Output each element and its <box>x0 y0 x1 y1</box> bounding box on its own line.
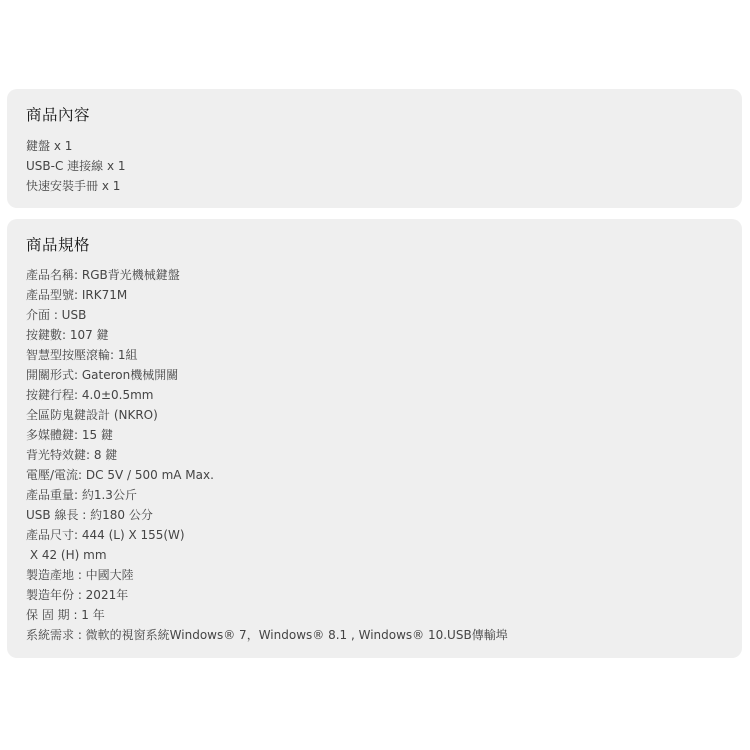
product-specs-title: 商品規格 <box>26 233 90 255</box>
list-item: USB-C 連接線 x 1 <box>26 156 126 176</box>
spec-item-weight: 產品重量: 約1.3公斤 <box>26 485 508 505</box>
spec-item-power: 電壓/電流: DC 5V / 500 mA Max. <box>26 465 508 485</box>
list-item: 快速安裝手冊 x 1 <box>26 176 126 196</box>
spec-item-key-count: 按鍵數: 107 鍵 <box>26 325 508 345</box>
spec-item-backlight-keys: 背光特效鍵: 8 鍵 <box>26 445 508 465</box>
spec-item-nkro: 全區防鬼鍵設計 (NKRO) <box>26 405 508 425</box>
spec-item-year: 製造年份 : 2021年 <box>26 585 508 605</box>
spec-item-dimensions: 產品尺寸: 444 (L) X 155(W) <box>26 525 508 545</box>
spec-item-interface: 介面 : USB <box>26 305 508 325</box>
product-specs-panel: 商品規格 產品名稱: RGB背光機械鍵盤 產品型號: IRK71M 介面 : U… <box>7 219 742 658</box>
spec-item-warranty: 保 固 期 : 1 年 <box>26 605 508 625</box>
product-specs-list: 產品名稱: RGB背光機械鍵盤 產品型號: IRK71M 介面 : USB 按鍵… <box>26 265 508 645</box>
spec-item-cable-length: USB 線長 : 約180 公分 <box>26 505 508 525</box>
spec-item-product-name: 產品名稱: RGB背光機械鍵盤 <box>26 265 508 285</box>
package-contents-title: 商品內容 <box>26 103 90 125</box>
spec-item-system-requirements: 系統需求 : 微軟的視窗系統Windows® 7，Windows® 8.1 , … <box>26 625 508 645</box>
spec-item-smart-wheel: 智慧型按壓滾輪: 1組 <box>26 345 508 365</box>
package-contents-list: 鍵盤 x 1 USB-C 連接線 x 1 快速安裝手冊 x 1 <box>26 136 126 196</box>
spec-item-switch-type: 開關形式: Gateron機械開關 <box>26 365 508 385</box>
list-item: 鍵盤 x 1 <box>26 136 126 156</box>
spec-item-key-travel: 按鍵行程: 4.0±0.5mm <box>26 385 508 405</box>
spec-item-dimensions-cont: X 42 (H) mm <box>26 545 508 565</box>
spec-item-model: 產品型號: IRK71M <box>26 285 508 305</box>
spec-item-media-keys: 多媒體鍵: 15 鍵 <box>26 425 508 445</box>
spec-item-origin: 製造產地 : 中國大陸 <box>26 565 508 585</box>
package-contents-panel: 商品內容 鍵盤 x 1 USB-C 連接線 x 1 快速安裝手冊 x 1 <box>7 89 742 208</box>
